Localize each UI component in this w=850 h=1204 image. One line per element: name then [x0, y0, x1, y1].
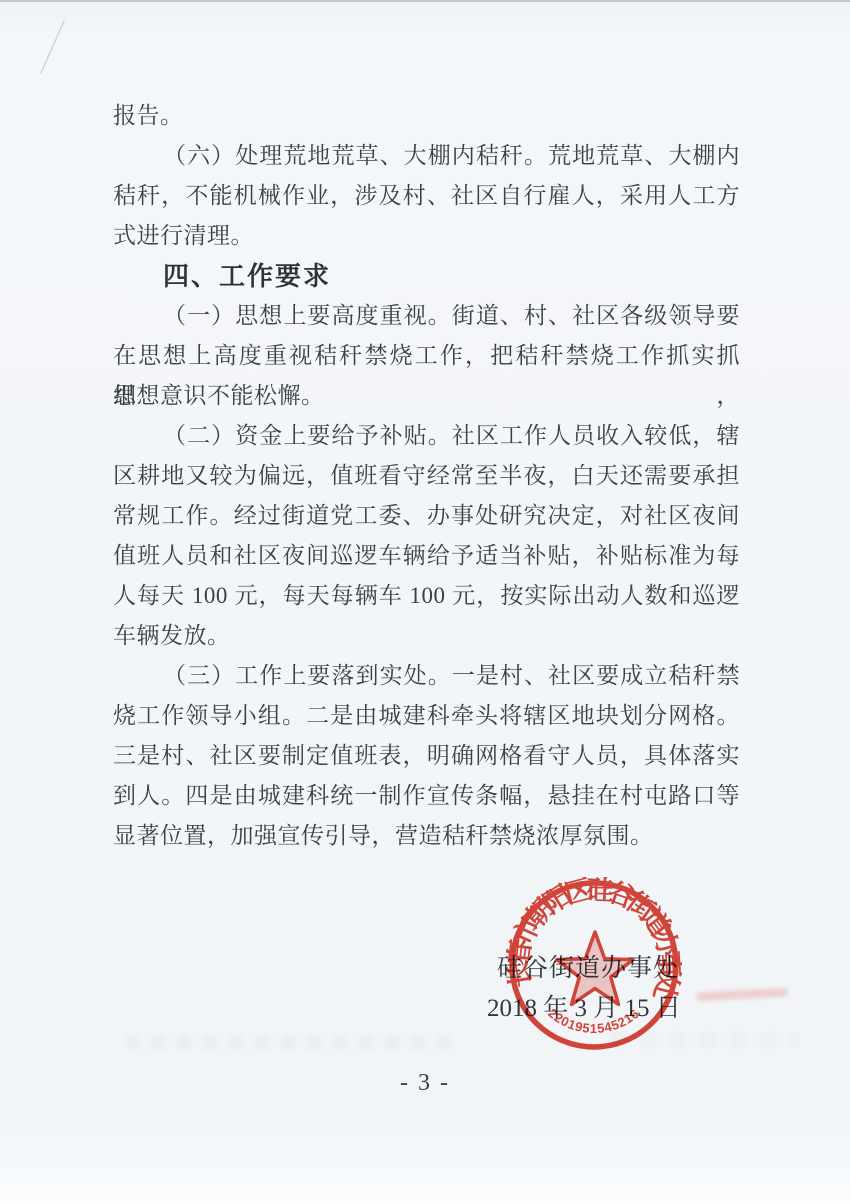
bleed-through-left [125, 1034, 455, 1050]
text-line: 值班人员和社区夜间巡逻车辆给予适当补贴，补贴标准为每 [113, 536, 740, 576]
text-line: 人每天 100 元，每天每辆车 100 元，按实际出动人数和巡逻 [113, 576, 740, 616]
text-line: 区耕地又较为偏远，值班看守经常至半夜，白天还需要承担 [113, 456, 740, 496]
text-line: 烧工作领导小组。二是由城建科牵头将辖区地块划分网格。 [113, 696, 740, 736]
scan-scratch [40, 20, 65, 73]
text-line: 式进行清理。 [113, 216, 740, 256]
text-line: （二）资金上要给予补贴。社区工作人员收入较低，辖 [113, 416, 740, 456]
text-line: （六）处理荒地荒草、大棚内秸秆。荒地荒草、大棚内 [113, 136, 740, 176]
text-line: 显著位置，加强宣传引导，营造秸秆禁烧浓厚氛围。 [113, 816, 740, 856]
text-line: 到人。四是由城建科统一制作宣传条幅，悬挂在村屯路口等 [113, 776, 740, 816]
text-line: 报告。 [113, 96, 740, 136]
text-line: （三）工作上要落到实处。一是村、社区要成立秸秆禁 [113, 656, 740, 696]
text-line: 秸秆，不能机械作业，涉及村、社区自行雇人，采用人工方 [113, 176, 740, 216]
official-seal: 长春市朝阳区硅谷街道办事处 2201951545216 [506, 877, 682, 1053]
seal-star-icon [557, 932, 633, 1004]
text-line: 三是村、社区要制定值班表，明确网格看守人员，具体落实 [113, 736, 740, 776]
seal-code: 2201951545216 [545, 1005, 642, 1036]
seal-code-holder: 2201951545216 [545, 1005, 642, 1036]
scan-edge [0, 0, 850, 2]
text-line: 四、工作要求 [113, 256, 740, 296]
page-number: - 3 - [0, 1070, 850, 1097]
document-page: 报告。（六）处理荒地荒草、大棚内秸秆。荒地荒草、大棚内秸秆，不能机械作业，涉及村… [0, 0, 850, 1204]
text-line: 在思想上高度重视秸秆禁烧工作，把秸秆禁烧工作抓实抓细， [113, 336, 740, 376]
seal-smear [696, 988, 788, 1002]
text-line: （一）思想上要高度重视。街道、村、社区各级领导要 [113, 296, 740, 336]
text-line: 常规工作。经过街道党工委、办事处研究决定，对社区夜间 [113, 496, 740, 536]
text-line: 车辆发放。 [113, 616, 740, 656]
document-body: 报告。（六）处理荒地荒草、大棚内秸秆。荒地荒草、大棚内秸秆，不能机械作业，涉及村… [113, 96, 740, 856]
